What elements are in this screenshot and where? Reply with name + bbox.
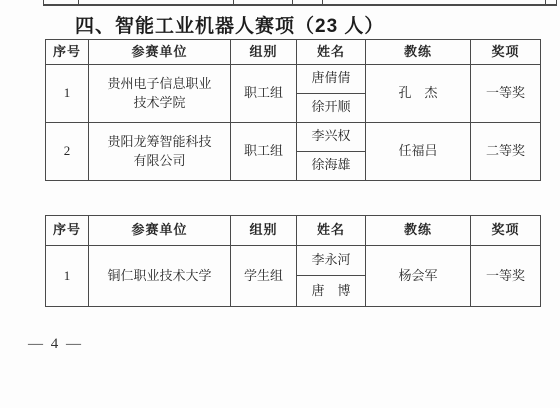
header-award: 奖项	[471, 40, 541, 65]
cell-no: 1	[46, 246, 89, 307]
cell-coach: 孔 杰	[366, 65, 471, 123]
table-header-row: 序号 参赛单位 组别 姓名 教练 奖项	[46, 216, 541, 246]
contestant-name: 唐 博	[297, 276, 365, 306]
table-fragment-divider	[322, 0, 323, 4]
table-fragment-divider	[43, 0, 44, 4]
table-fragment-divider	[545, 0, 546, 4]
header-name: 姓名	[297, 40, 366, 65]
table-fragment-divider	[78, 0, 79, 4]
table-row: 2 贵阳龙筹智能科技有限公司 职工组 李兴权 徐海雄 任福吕 二等奖	[46, 123, 541, 181]
contestant-name: 徐海雄	[297, 152, 365, 181]
cell-coach: 任福吕	[366, 123, 471, 181]
table-fragment-divider	[233, 0, 234, 4]
contestant-name: 李兴权	[297, 123, 365, 152]
cell-group: 职工组	[231, 65, 297, 123]
table-fragment-divider	[292, 0, 293, 4]
page-number: — 4 —	[28, 336, 83, 353]
header-name: 姓名	[297, 216, 366, 246]
header-award: 奖项	[471, 216, 541, 246]
scanned-document-page: 四、智能工业机器人赛项（23 人） 序号 参赛单位 组别 姓名 教练 奖项 1 …	[0, 0, 560, 408]
cell-group: 学生组	[231, 246, 297, 307]
cell-names: 唐倩倩 徐开顺	[297, 65, 366, 123]
header-unit: 参赛单位	[89, 40, 231, 65]
award-table-student-group: 序号 参赛单位 组别 姓名 教练 奖项 1 铜仁职业技术大学 学生组 李永河 唐…	[45, 215, 541, 307]
section-title: 四、智能工业机器人赛项（23 人）	[75, 11, 384, 38]
table-row: 1 铜仁职业技术大学 学生组 李永河 唐 博 杨会军 一等奖	[46, 246, 541, 307]
table-row: 1 贵州电子信息职业技术学院 职工组 唐倩倩 徐开顺 孔 杰 一等奖	[46, 65, 541, 123]
cell-award: 一等奖	[471, 65, 541, 123]
cell-coach: 杨会军	[366, 246, 471, 307]
cell-no: 2	[46, 123, 89, 181]
header-coach: 教练	[366, 216, 471, 246]
cell-group: 职工组	[231, 123, 297, 181]
cell-unit: 铜仁职业技术大学	[89, 246, 231, 307]
cell-no: 1	[46, 65, 89, 123]
table-header-row: 序号 参赛单位 组别 姓名 教练 奖项	[46, 40, 541, 65]
header-coach: 教练	[366, 40, 471, 65]
table-fragment-divider	[556, 0, 557, 4]
cell-award: 二等奖	[471, 123, 541, 181]
cell-names: 李兴权 徐海雄	[297, 123, 366, 181]
contestant-name: 李永河	[297, 246, 365, 276]
header-no: 序号	[46, 216, 89, 246]
cell-names: 李永河 唐 博	[297, 246, 366, 307]
header-unit: 参赛单位	[89, 216, 231, 246]
header-group: 组别	[231, 216, 297, 246]
contestant-name: 徐开顺	[297, 94, 365, 123]
cell-unit: 贵阳龙筹智能科技有限公司	[89, 123, 231, 181]
cell-unit: 贵州电子信息职业技术学院	[89, 65, 231, 123]
award-table-staff-group: 序号 参赛单位 组别 姓名 教练 奖项 1 贵州电子信息职业技术学院 职工组 唐…	[45, 39, 541, 181]
contestant-name: 唐倩倩	[297, 65, 365, 94]
header-no: 序号	[46, 40, 89, 65]
previous-table-bottom-fragment	[43, 0, 557, 6]
cell-award: 一等奖	[471, 246, 541, 307]
header-group: 组别	[231, 40, 297, 65]
